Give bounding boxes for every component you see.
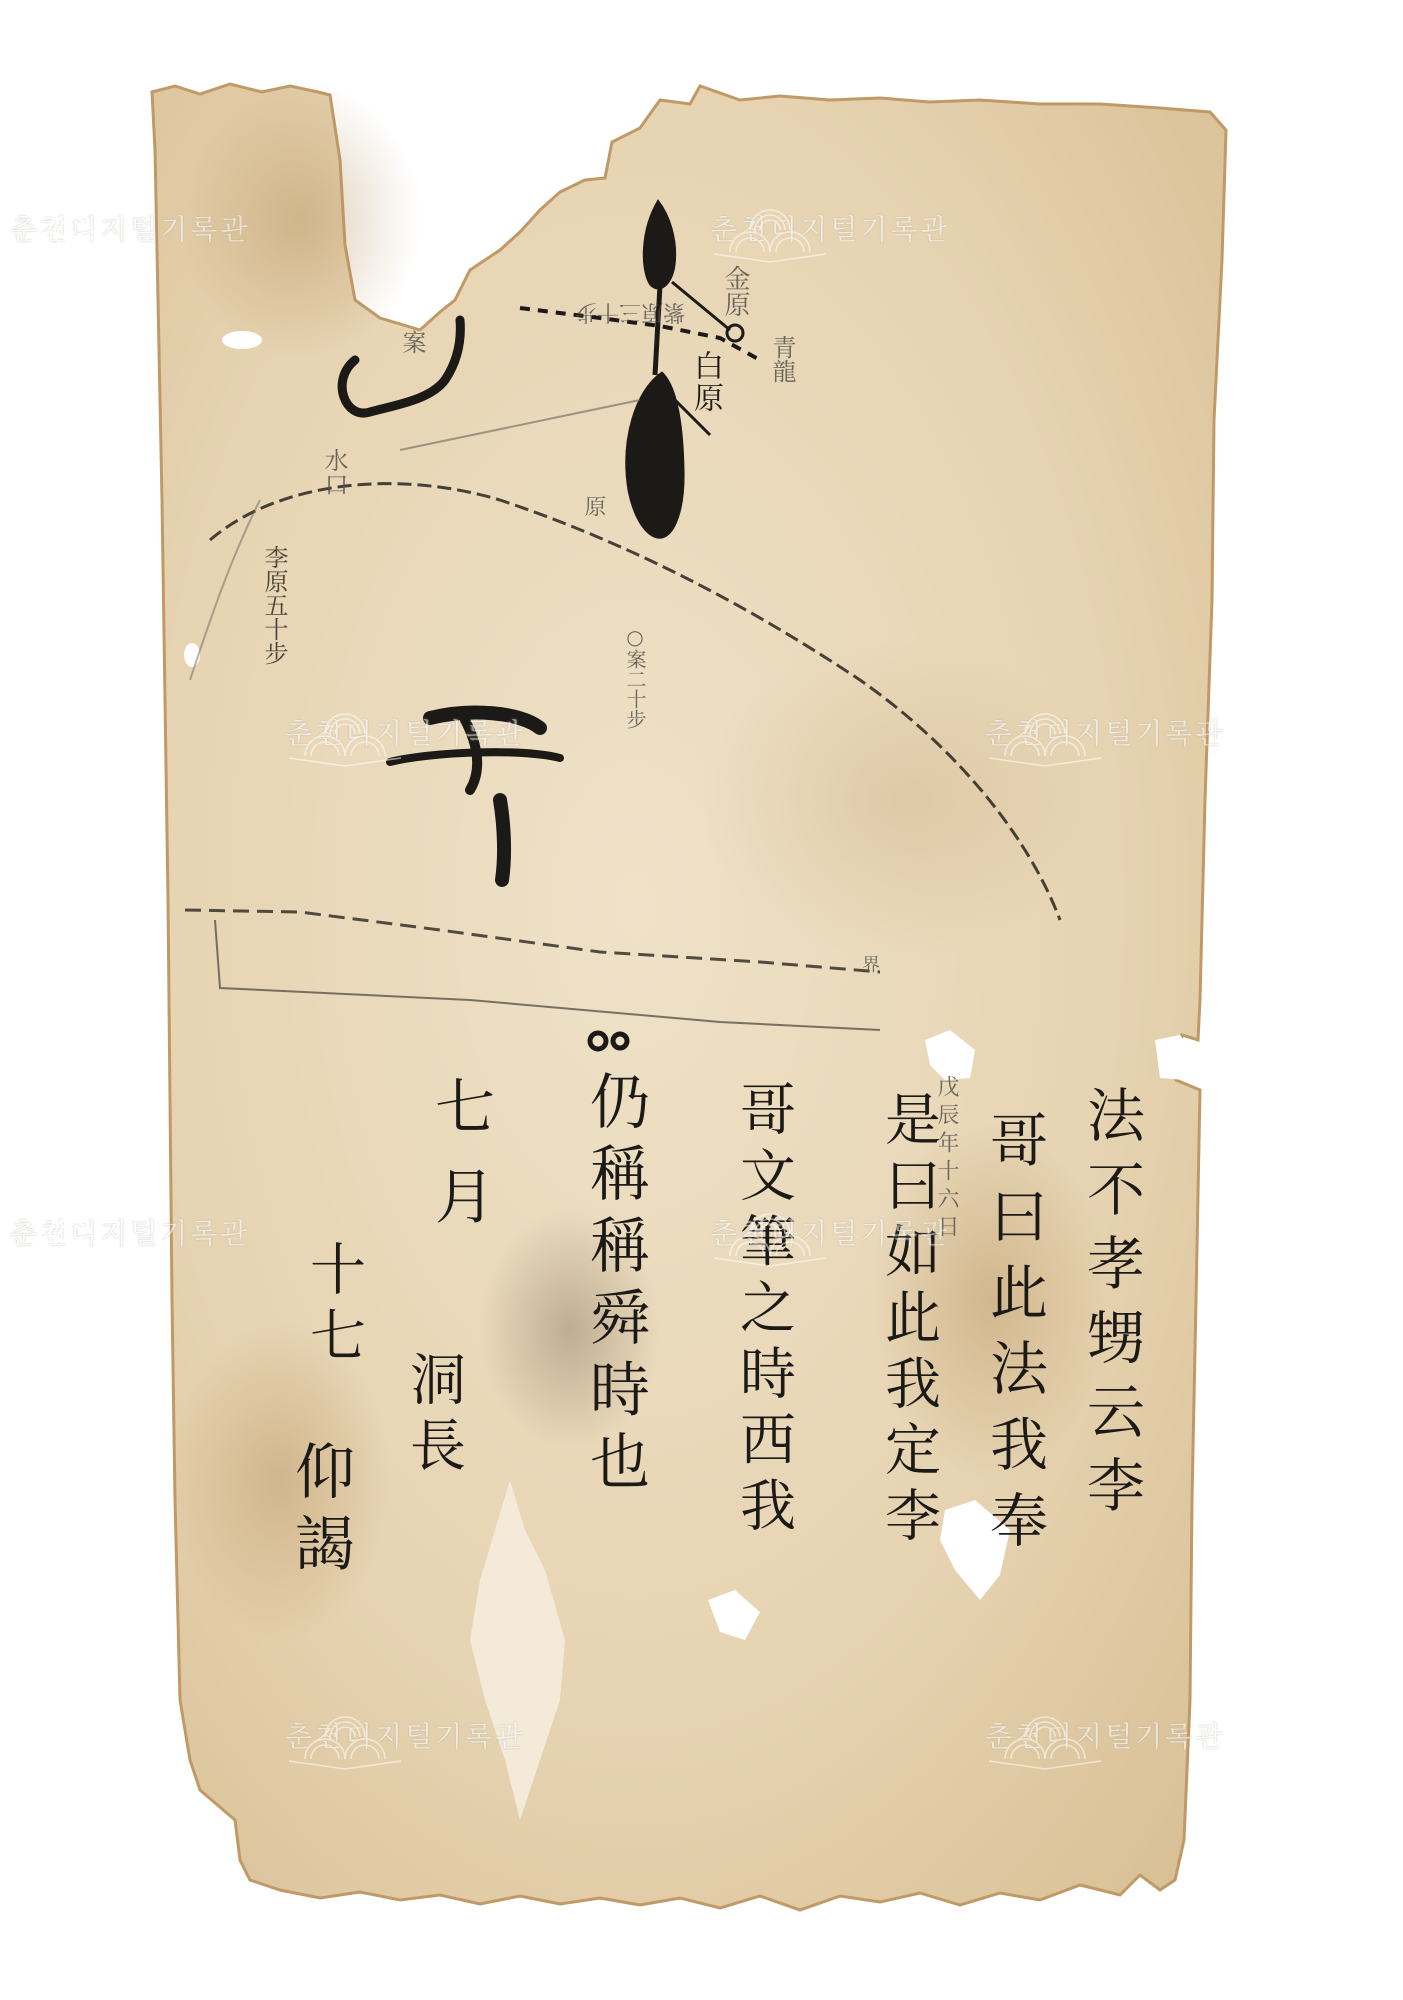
letter-date-month: 七月 xyxy=(430,1075,490,1255)
letter-closing: 仰謁 xyxy=(290,1440,350,1584)
letter-small-note: 戊辰年十六日 xyxy=(935,1075,957,1243)
scanned-document: 金原 青龍 紫原三十步 白原 案 水口 李原五十步 ○案二十步 原 界 法不孝甥… xyxy=(0,0,1403,2000)
letter-column-4: 哥文筆之時西我 xyxy=(735,1080,791,1542)
map-label-jawon-distance: 紫原三十步 xyxy=(575,300,685,322)
letter-column-3: 是曰如此我定李 xyxy=(880,1090,936,1552)
map-label-geumwon: 金原 xyxy=(722,265,748,317)
letter-sender-village: 洞長 xyxy=(405,1350,461,1482)
letter-column-2: 哥曰此法我奉 xyxy=(985,1110,1043,1566)
letter-column-5: 仍稱稱舜時也 xyxy=(585,1070,645,1502)
paper-sheet xyxy=(0,0,1403,2000)
map-label-baekwon: 白原 xyxy=(690,350,720,414)
map-label-cheongryong: 青龍 xyxy=(770,335,794,383)
map-label-boundary: 界 xyxy=(860,955,878,973)
map-label-won: 原 xyxy=(582,495,604,517)
map-label-an-distance: ○案二十步 xyxy=(625,625,645,729)
map-label-yiwon-distance: 李原五十步 xyxy=(262,545,286,665)
map-label-an: 案 xyxy=(400,330,424,354)
map-label-sugu: 水口 xyxy=(322,448,346,496)
letter-date-day: 十七 xyxy=(305,1240,361,1372)
letter-column-1: 法不孝甥云李 xyxy=(1082,1085,1140,1529)
